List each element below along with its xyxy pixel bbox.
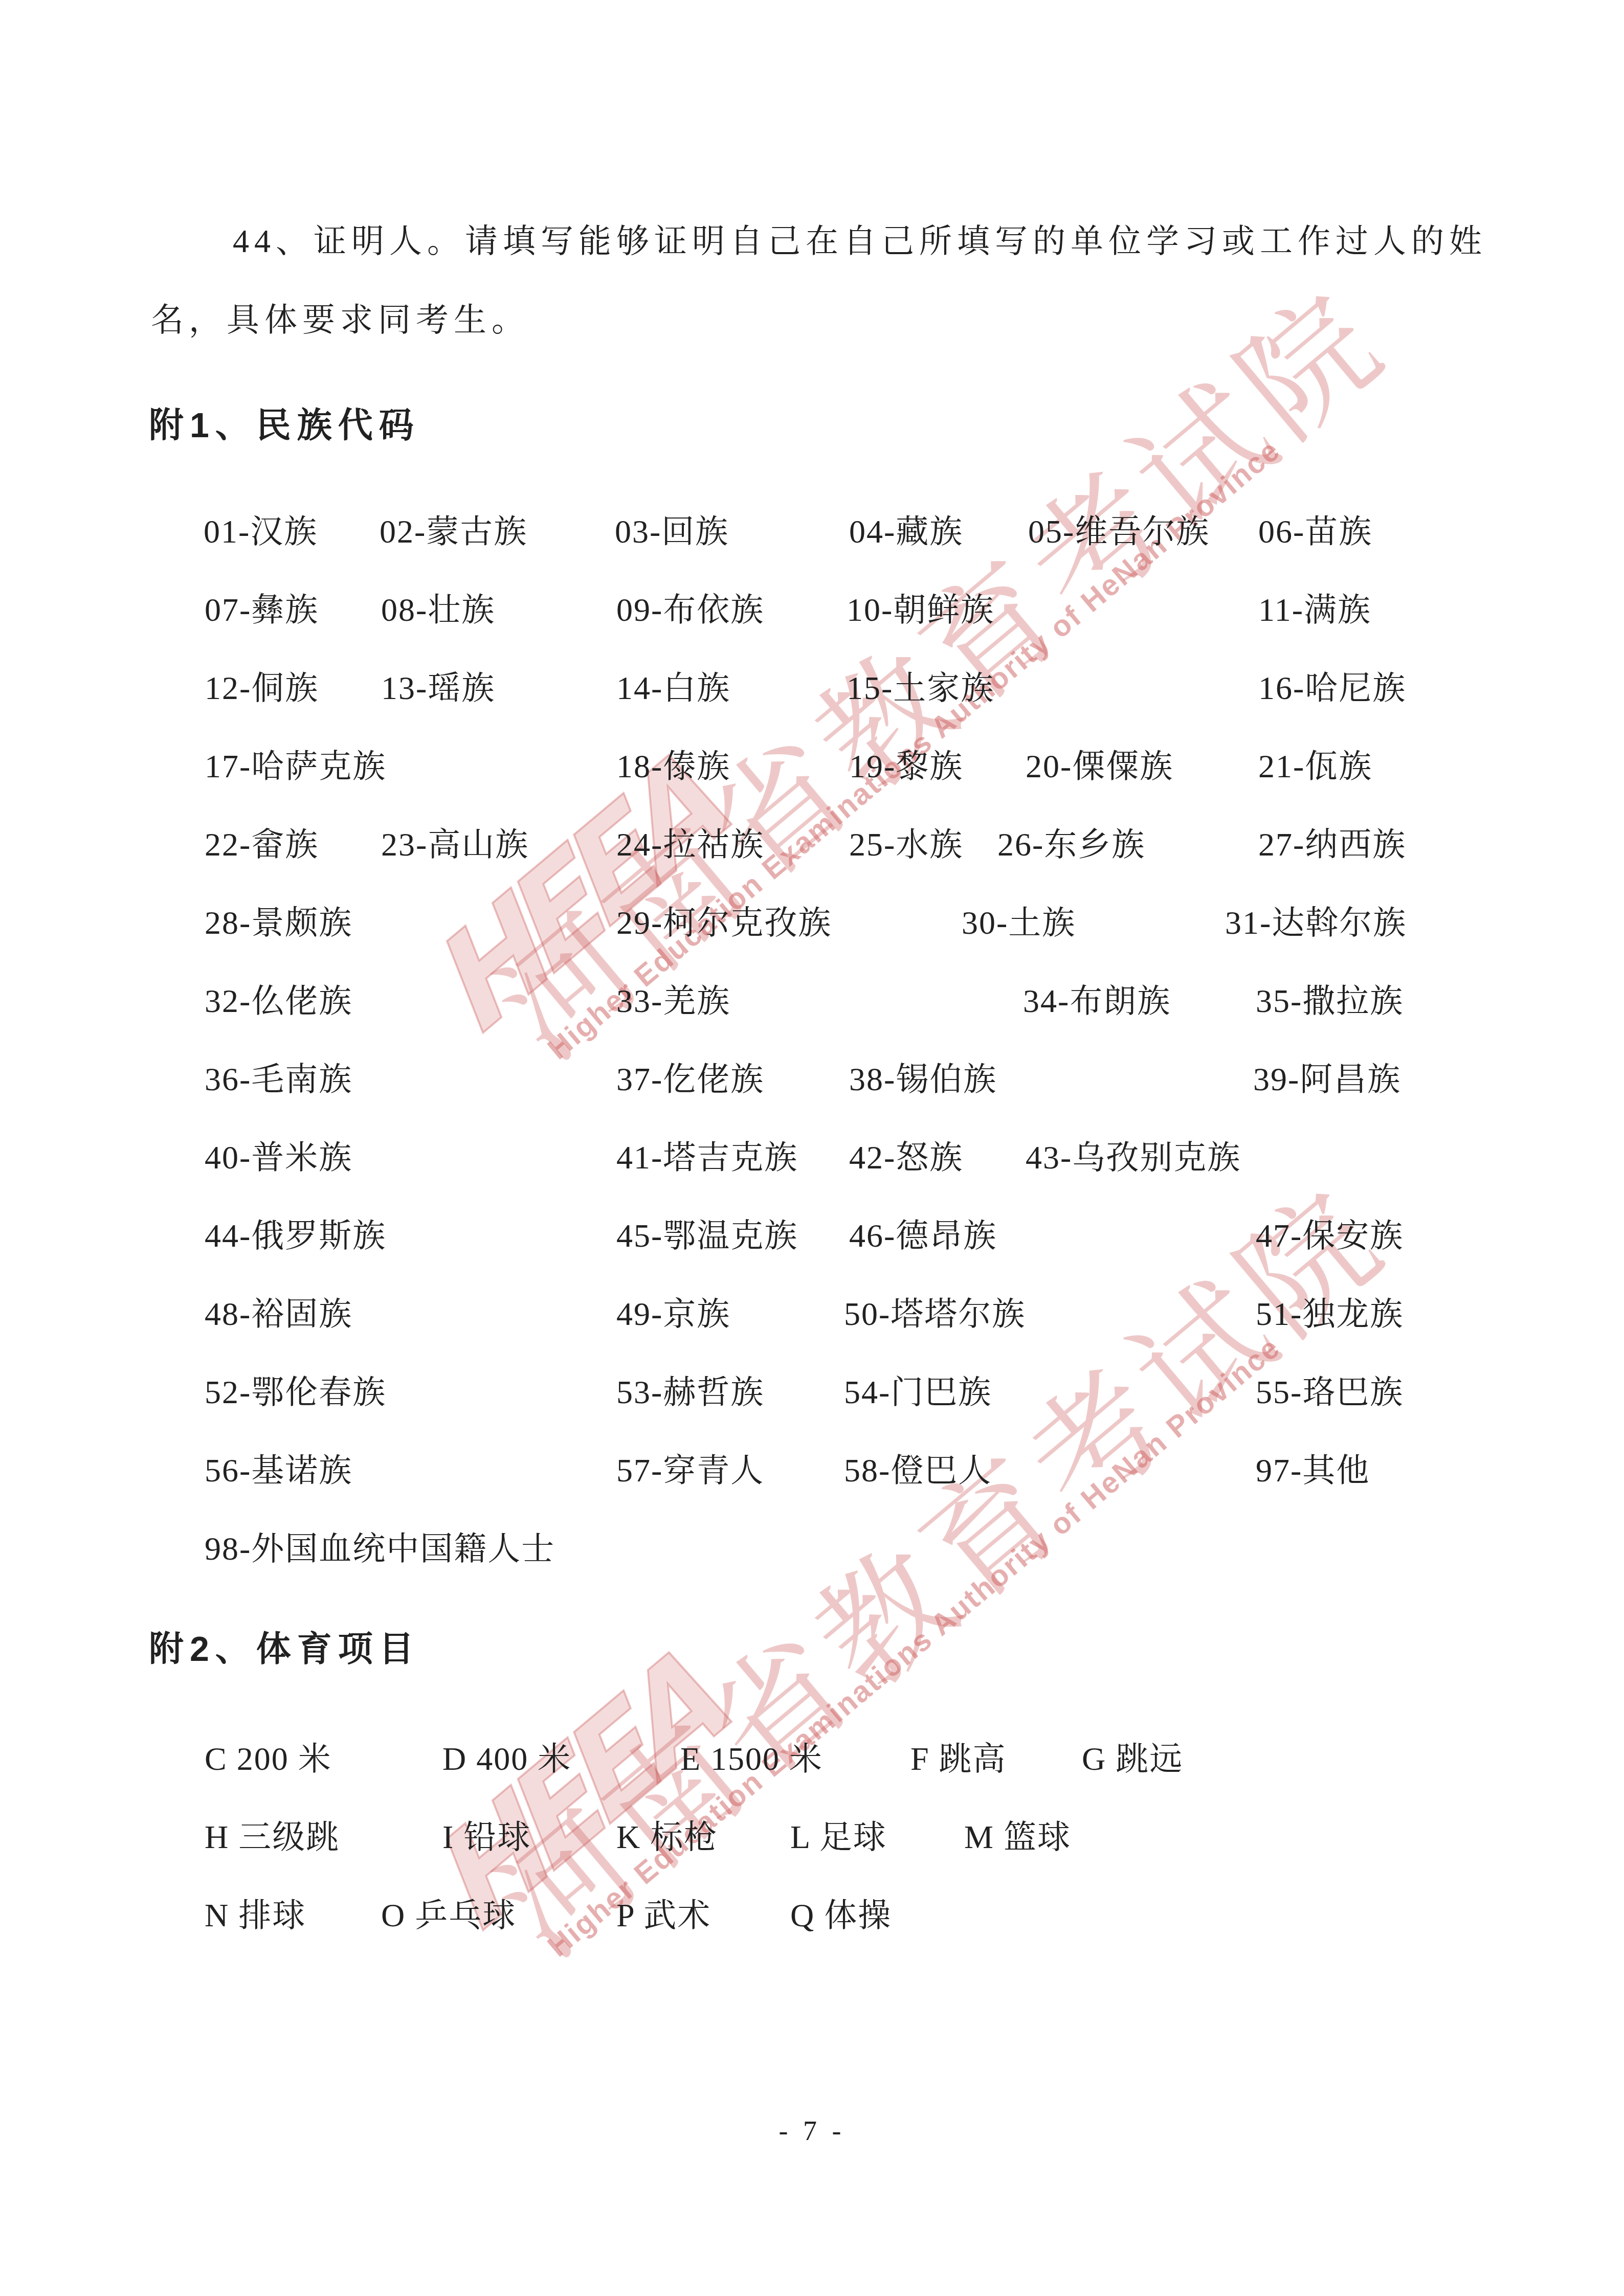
nation-code-item: 41-塔吉克族 (616, 1131, 798, 1178)
nation-code-item: 14-白族 (616, 662, 730, 709)
sport-code-item: L 足球 (790, 1811, 887, 1858)
sport-code-item: I 铅球 (442, 1811, 531, 1858)
nation-code-item: 20-傈僳族 (1026, 740, 1173, 787)
nation-code-item: 36-毛南族 (205, 1053, 352, 1100)
nation-code-item: 01-汉族 (204, 505, 318, 552)
sport-code-item: O 乒乓球 (381, 1889, 516, 1936)
nation-code-item: 03-回族 (615, 505, 729, 552)
nation-code-item: 24-拉祜族 (616, 818, 764, 865)
nation-code-item: 58-僜巴人 (844, 1444, 992, 1491)
nation-code-item: 18-傣族 (616, 740, 730, 787)
nation-code-item: 55-珞巴族 (1256, 1366, 1404, 1413)
nation-code-item: 42-怒族 (849, 1131, 963, 1178)
watermark-chinese-text: 河南省教育考试院 (453, 1227, 1312, 1990)
nation-code-item: 54-门巴族 (844, 1366, 992, 1413)
nation-code-item: 04-藏族 (849, 505, 963, 552)
nation-code-item: 45-鄂温克族 (616, 1209, 798, 1256)
nation-code-item: 16-哈尼族 (1258, 662, 1406, 709)
page-number: - 7 - (0, 2115, 1624, 2147)
nation-code-item: 31-达斡尔族 (1225, 896, 1407, 943)
nation-code-item: 17-哈萨克族 (205, 740, 386, 787)
nation-code-item: 38-锡伯族 (849, 1053, 997, 1100)
nation-code-item: 05-维吾尔族 (1028, 505, 1210, 552)
nation-code-item: 47-保安族 (1256, 1209, 1404, 1256)
sport-code-item: P 武术 (616, 1889, 711, 1936)
nation-code-item: 40-普米族 (205, 1131, 352, 1178)
sport-code-item: K 标枪 (616, 1811, 718, 1858)
sport-code-item: D 400 米 (442, 1732, 571, 1780)
nation-code-item: 46-德昂族 (849, 1209, 997, 1256)
nation-code-item: 19-黎族 (849, 740, 963, 787)
sport-code-item: C 200 米 (205, 1732, 332, 1780)
nation-code-item: 51-独龙族 (1256, 1288, 1404, 1335)
paragraph-certifier-line1: 44、证明人。请填写能够证明自己在自己所填写的单位学习或工作过人的姓 (233, 215, 1487, 262)
nation-code-item: 35-撒拉族 (1256, 975, 1404, 1022)
nation-code-item: 06-苗族 (1258, 505, 1372, 552)
nation-code-item: 12-侗族 (205, 662, 319, 709)
nation-code-item: 44-俄罗斯族 (205, 1209, 386, 1256)
sport-code-item: F 跳高 (910, 1732, 1007, 1780)
nation-code-item: 27-纳西族 (1258, 818, 1406, 865)
nation-code-item: 26-东乡族 (997, 818, 1145, 865)
nation-code-item: 02-蒙古族 (380, 505, 527, 552)
nation-code-item: 07-彝族 (205, 583, 319, 631)
nation-code-item: 15-土家族 (847, 662, 994, 709)
nation-code-item: 32-仫佬族 (205, 975, 352, 1022)
sport-code-item: Q 体操 (790, 1889, 892, 1936)
nation-code-item: 53-赫哲族 (616, 1366, 764, 1413)
watermark-chinese-text: 河南省教育考试院 (453, 329, 1312, 1092)
nation-code-item: 22-畲族 (205, 818, 319, 865)
watermark-english-text: Higher Education Examinations Authority … (541, 396, 1331, 1066)
nation-code-item: 39-阿昌族 (1253, 1053, 1401, 1100)
paragraph-certifier-line2: 名，具体要求同考生。 (151, 294, 529, 341)
nation-code-item: 34-布朗族 (1023, 975, 1171, 1022)
document-page: 河南省教育考试院 Higher Education Examinations A… (0, 0, 1624, 2296)
appendix1-title: 附1、民族代码 (149, 398, 420, 447)
nation-code-item: 21-佤族 (1258, 740, 1372, 787)
nation-code-item: 98-外国血统中国籍人士 (205, 1522, 555, 1569)
nation-code-item: 56-基诺族 (205, 1444, 352, 1491)
sport-code-item: N 排球 (205, 1889, 306, 1936)
sport-code-item: H 三级跳 (205, 1811, 340, 1858)
nation-code-item: 97-其他 (1256, 1444, 1370, 1491)
sport-code-item: G 跳远 (1082, 1732, 1183, 1780)
nation-code-item: 28-景颇族 (205, 896, 352, 943)
nation-code-item: 09-布依族 (616, 583, 764, 631)
nation-code-item: 10-朝鲜族 (847, 583, 994, 631)
nation-code-item: 49-京族 (616, 1288, 730, 1335)
nation-code-item: 33-羌族 (616, 975, 730, 1022)
nation-code-item: 29-柯尔克孜族 (616, 896, 832, 943)
sport-code-item: M 篮球 (964, 1811, 1071, 1858)
nation-code-item: 52-鄂伦春族 (205, 1366, 386, 1413)
nation-code-item: 37-仡佬族 (616, 1053, 764, 1100)
nation-code-item: 08-壮族 (381, 583, 495, 631)
appendix2-title: 附2、体育项目 (149, 1622, 420, 1671)
nation-code-item: 57-穿青人 (616, 1444, 764, 1491)
nation-code-item: 13-瑶族 (381, 662, 495, 709)
nation-code-item: 23-高山族 (381, 818, 529, 865)
nation-code-item: 11-满族 (1258, 583, 1371, 631)
nation-code-item: 30-土族 (962, 896, 1076, 943)
nation-code-item: 25-水族 (849, 818, 963, 865)
sport-code-item: E 1500 米 (680, 1732, 823, 1780)
nation-code-item: 50-塔塔尔族 (844, 1288, 1026, 1335)
nation-code-item: 48-裕固族 (205, 1288, 352, 1335)
nation-code-item: 43-乌孜别克族 (1026, 1131, 1241, 1178)
